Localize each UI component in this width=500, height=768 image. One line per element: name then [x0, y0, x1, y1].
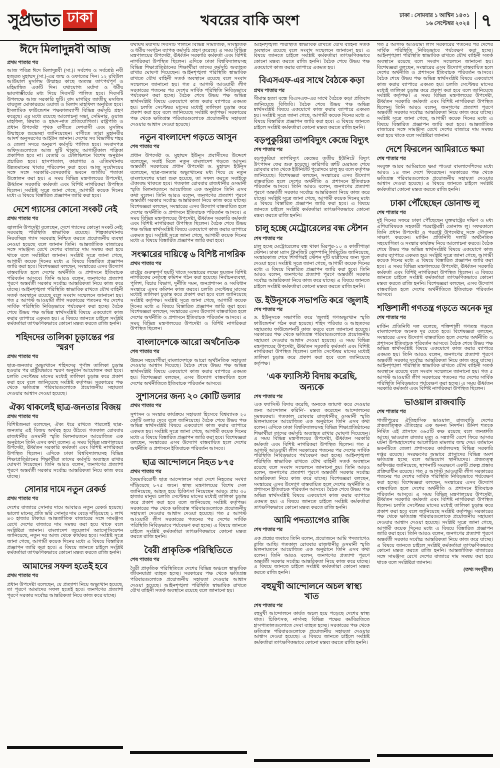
date-gregorian: ১৬ সেপ্টেম্বর ২০২৪ [399, 21, 470, 29]
article-body: উন্নয়ন সহযোগীরা বাংলাদেশকে আরো অর্থনৈতি… [130, 359, 246, 387]
article-kicker: শেষ পাতার পর [254, 307, 370, 315]
article: ঢাকা পৌঁছেছেন ডোনাল্ড লুশেষ পাতার পরদুই … [377, 198, 493, 299]
page-number: ৭ [475, 12, 492, 29]
article-body: এক প্রশ্নের জবাবে তিনি বলেন, প্রয়োজনে আ… [254, 537, 370, 577]
article-continuation: আইনশৃঙ্খলা পরিস্থিতি স্বাভাবিক রাখতে যৌথ… [254, 43, 370, 71]
article: বিএসএফ-এর সাথে বৈঠকে কড়াপ্রথম পাতার পরস… [254, 75, 370, 131]
article-headline: সুশাসনের জন্য ২০ কোটি ডলার [130, 391, 246, 401]
article: ছাত্র আন্দোলনে নিহত ৮৭৫প্রথম পাতার পরবৈষ… [130, 457, 246, 541]
article: ঐক্য থাকলেই ছাত্র-জনতার বিজয়প্রথম পাতার… [7, 402, 123, 481]
article-body: আইনশৃঙ্খলা পরিস্থিতি স্বাভাবিক রাখতে যৌথ… [254, 43, 370, 71]
article-headline: আমাদের সফল হতেই হবে [7, 561, 123, 571]
masthead-name-part1: সুপ্রভাত [8, 12, 60, 29]
article-kicker: প্রথম পাতার পর [7, 60, 123, 68]
article: বহুমুখী আন্দোলনে অচল স্বাস্থ্য খাতশেষ পা… [254, 581, 370, 647]
article-body: সংযুক্ত আরব আমিরাতে ক্ষমা পাওয়া বাংলাদে… [377, 165, 493, 193]
article: নতুন বাংলাদেশ গড়তে আসুনশেষ পাতার পরপ্রধ… [130, 132, 246, 245]
article: আমি পদত্যাগেও রাজিশেষ পাতার পরএক প্রশ্নে… [254, 515, 370, 576]
date-bangla: ঢাকা : সোমবার ১ আশ্বিন ১৪৩১ [399, 13, 470, 21]
article: ঈদে মিলাদুন্নবী আজপ্রথম পাতার পরআজ পবিত্… [7, 44, 123, 200]
column-content: আইনশৃঙ্খলা পরিস্থিতি স্বাভাবিক রাখতে যৌথ… [254, 43, 370, 757]
article-kicker: প্রথম পাতার পর [7, 216, 123, 224]
article-kicker: শেষ পাতার পর [130, 349, 246, 357]
article-body: 'এক ফ্যাসিস্ট বিদায় করেছি, অন্যকে জায়গ… [254, 403, 370, 511]
dateline: ঢাকা : সোমবার ১ আশ্বিন ১৪৩১ ১৬ সেপ্টেম্ব… [360, 12, 492, 29]
article-body: জ্বালানি উপদেষ্টা বলেছেন, দেশে গ্যাসের ক… [7, 226, 123, 328]
article-continuation: যথাযথ মর্যাদায় দিবসটি পালনে বিভিন্ন সাম… [130, 43, 246, 128]
article-body: বৈষম্যবিরোধী ছাত্র আন্দোলনে সারা দেশে নি… [130, 478, 246, 541]
article-body: চালু হচ্ছে মেট্রোরেলের বন্ধ থাকা মিরপুর-… [254, 245, 370, 291]
article: বড়পুকুরিয়া তাপবিদ্যুৎ কেন্দ্রে বিদ্যুৎ… [254, 135, 370, 219]
article-headline: ঈদে মিলাদুন্নবী আজ [7, 44, 123, 58]
article: দেশে গ্যাসের কোনো সংকট নেইপ্রথম পাতার পর… [7, 204, 123, 328]
article-body: সুশাসন ও সংস্কার কার্যক্রমে সহায়তা হিসে… [130, 413, 246, 453]
article-headline: ভাওয়াল রাজবাড়ি [377, 397, 493, 407]
masthead-name-part2: ঢাকা [63, 10, 97, 30]
article-body: দুই দিনের সফরে ঢাকা পৌঁছেছেন যুক্তরাষ্ট্… [377, 219, 493, 299]
article-headline: শহিদদের তালিকা চূড়ান্তের পর স্মরণ [7, 332, 123, 352]
column-4: গত ৫ আগস্ট আওয়ামী লীগ সরকারের পতনের পর … [377, 43, 493, 765]
masthead: সুপ্রভাত ঢাকা [8, 10, 140, 30]
article-body: দেশের বাজারে সোনার দামে আবারও নতুন রেকর্… [7, 506, 123, 557]
article-kicker: প্রথম পাতার পর [130, 261, 246, 269]
article-headline: ছাত্র আন্দোলনে নিহত ৮৭৫ [130, 457, 246, 467]
column-end-rule [7, 746, 123, 749]
article-headline: 'এক ফ্যাসিস্ট বিদায় করেছি, অন্যকে [254, 371, 370, 391]
article-kicker: শেষ পাতার পর [377, 315, 493, 323]
article-kicker: শেষ পাতার পর [377, 409, 493, 417]
article: আমাদের সফল হতেই হবেপ্রথম পাতার পরপ্রধান … [7, 561, 123, 600]
article-kicker: শেষ পাতার পর [254, 603, 370, 611]
article-kicker: শেষ পাতার পর [377, 156, 493, 164]
article: ভাওয়াল রাজবাড়িশেষ পাতার পরগাজীপুরের ঐত… [377, 397, 493, 576]
date-lines: ঢাকা : সোমবার ১ আশ্বিন ১৪৩১ ১৬ সেপ্টেম্ব… [399, 13, 470, 28]
column-content: যথাযথ মর্যাদায় দিবসটি পালনে বিভিন্ন সাম… [130, 43, 246, 749]
columns: ঈদে মিলাদুন্নবী আজপ্রথম পাতার পরআজ পবিত্… [0, 41, 500, 765]
article: চালু হচ্ছে মেট্রোরেলের বন্ধ স্টেশনশেষ পা… [254, 223, 370, 290]
article-headline: বৈরী প্রাকৃতিক পরিস্থিতিতে [130, 545, 246, 555]
article-kicker: শেষ পাতার পর [130, 557, 246, 565]
article-body: বড়পুকুরিয়া তাপবিদ্যুৎ কেন্দ্রের তৃতীয়… [254, 157, 370, 220]
article-body: মার্কিন প্রতিনিধি দল বলেছে, শক্তিশালী গণ… [377, 325, 493, 393]
article: শক্তিশালী গণতন্ত্র গড়তে অনেক দূরশেষ পাত… [377, 303, 493, 393]
article-kicker: শেষ পাতার পর [254, 147, 370, 155]
article-kicker: শেষ পাতার পর [377, 210, 493, 218]
article-kicker: শেষ পাতার পর [254, 236, 370, 244]
article-kicker: শেষ পাতার পর [254, 394, 370, 402]
article-body: আজ পবিত্র ঈদে মিলাদুন্নবী (সা.)। সর্বশেষ… [7, 69, 123, 200]
article-headline: নতুন বাংলাদেশ গড়তে আসুন [130, 132, 246, 142]
article: বাংলাদেশকে আরো অর্থনৈতিকশেষ পাতার পরউন্ন… [130, 337, 246, 387]
article-continuation: গত ৫ আগস্ট আওয়ামী লীগ সরকারের পতনের পর … [377, 43, 493, 140]
article: শহিদদের তালিকা চূড়ান্তের পর স্মরণপ্রথম … [7, 332, 123, 398]
article-body: ড. ইউনূসকে সভাপতি করে 'জুলাই গণঅভ্যুত্থা… [254, 316, 370, 367]
article: ড. ইউনূসকে সভাপতি করে 'জুলাইশেষ পাতার পর… [254, 295, 370, 368]
article-headline: ঢাকা পৌঁছেছেন ডোনাল্ড লু [377, 198, 493, 208]
article-body: বৈরী প্রাকৃতিক পরিস্থিতিতে দেশের বিভিন্ন… [130, 567, 246, 595]
article-headline: সোনার দামে নতুন রেকর্ড [7, 484, 123, 494]
column-content: গত ৫ আগস্ট আওয়ামী লীগ সরকারের পতনের পর … [377, 43, 493, 752]
column-3: আইনশৃঙ্খলা পরিস্থিতি স্বাভাবিক রাখতে যৌথ… [254, 43, 370, 765]
column-2: যথাযথ মর্যাদায় দিবসটি পালনে বিভিন্ন সাম… [130, 43, 246, 765]
article-kicker: প্রথম পাতার পর [7, 414, 123, 422]
article: সংস্কারের দায়িত্বে ৬ বিশিষ্ট নাগরিকপ্রথ… [130, 249, 246, 333]
article-kicker: প্রথম পাতার পর [130, 403, 246, 411]
article-headline: আমি পদত্যাগেও রাজি [254, 515, 370, 525]
column-end-rule [254, 759, 370, 762]
column-content: ঈদে মিলাদুন্নবী আজপ্রথম পাতার পরআজ পবিত্… [7, 43, 123, 744]
article-body: প্রধান উপদেষ্টা বলেছেন, যে প্রত্যাশা নিয… [7, 583, 123, 600]
article-headline: ঐক্য থাকলেই ছাত্র-জনতার বিজয় [7, 402, 123, 412]
article-kicker: প্রথম পাতার পর [254, 88, 370, 96]
article-kicker: শেষ পাতার পর [130, 144, 246, 152]
article: দেশে ফিরলেন আমিরাতে ক্ষমাশেষ পাতার পরসংয… [377, 144, 493, 194]
article: 'এক ফ্যাসিস্ট বিদায় করেছি, অন্যকেশেষ পা… [254, 371, 370, 511]
newspaper-page: সুপ্রভাত ঢাকা খবরের বাকি অংশ ঢাকা : সোমব… [0, 0, 500, 768]
article: সুশাসনের জন্য ২০ কোটি ডলারপ্রথম পাতার পর… [130, 391, 246, 452]
article-headline: বিএসএফ-এর সাথে বৈঠকে কড়া [254, 75, 370, 85]
article: সোনার দামে নতুন রেকর্ডপ্রথম পাতার পরদেশে… [7, 484, 123, 557]
column-end-rule [130, 751, 246, 754]
article-kicker: শেষ পাতার পর [254, 527, 370, 535]
article-headline: সংস্কারের দায়িত্বে ৬ বিশিষ্ট নাগরিক [130, 249, 246, 259]
article-kicker: প্রথম পাতার পর [7, 496, 123, 504]
article-body: গাজীপুরের ঐতিহাসিক ভাওয়াল রাজবাড়ি দেশে… [377, 419, 493, 567]
article-headline: শক্তিশালী গণতন্ত্র গড়তে অনেক দূর [377, 303, 493, 313]
article-headline: বড়পুকুরিয়া তাপবিদ্যুৎ কেন্দ্রে বিদ্যুৎ [254, 135, 370, 145]
article-body: সীমান্ত হত্যা বন্ধে বিএসএফ-এর সাথে বৈঠকে… [254, 97, 370, 131]
article-body: যথাযথ মর্যাদায় দিবসটি পালনে বিভিন্ন সাম… [130, 43, 246, 128]
column-1: ঈদে মিলাদুন্নবী আজপ্রথম পাতার পরআজ পবিত্… [7, 43, 123, 765]
article-kicker: প্রথম পাতার পর [130, 469, 246, 477]
article-credit: (তথ্য সংগৃহীত) [377, 567, 493, 575]
article-headline: ড. ইউনূসকে সভাপতি করে 'জুলাই [254, 295, 370, 305]
article-body: রাষ্ট্রের গুরুত্বপূর্ণ ছয়টি খাতে সংস্কা… [130, 271, 246, 334]
article-body: ছাত্র-জনতার অভ্যুত্থানে শহিদদের পূর্ণাঙ্… [7, 364, 123, 398]
article-headline: দেশে গ্যাসের কোনো সংকট নেই [7, 204, 123, 214]
article-headline: বহুমুখী আন্দোলনে অচল স্বাস্থ্য খাত [254, 581, 370, 601]
article-headline: বাংলাদেশকে আরো অর্থনৈতিক [130, 337, 246, 347]
column-end-rule [377, 754, 493, 757]
page-header: সুপ্রভাত ঢাকা খবরের বাকি অংশ ঢাকা : সোমব… [0, 0, 500, 41]
article-body: প্রধান উপদেষ্টা ড. মুহাম্মদ ইউনূস প্রবাস… [130, 154, 246, 245]
article-kicker: প্রথম পাতার পর [7, 573, 123, 581]
article-kicker: প্রথম পাতার পর [7, 354, 123, 362]
article-body: বহুমুখী আন্দোলনে কার্যত অচল হয়ে পড়েছে … [254, 612, 370, 646]
article-body: গত ৫ আগস্ট আওয়ামী লীগ সরকারের পতনের পর … [377, 43, 493, 140]
section-title: খবরের বাকি অংশ [140, 9, 360, 33]
article-headline: দেশে ফিরলেন আমিরাতে ক্ষমা [377, 144, 493, 154]
article: বৈরী প্রাকৃতিক পরিস্থিতিতেশেষ পাতার পরবৈ… [130, 545, 246, 595]
article-body: বিশিষ্টজনরা বলেছেন, ঐক্য ধরে রাখতে পারলে… [7, 423, 123, 480]
article-headline: চালু হচ্ছে মেট্রোরেলের বন্ধ স্টেশন [254, 223, 370, 233]
